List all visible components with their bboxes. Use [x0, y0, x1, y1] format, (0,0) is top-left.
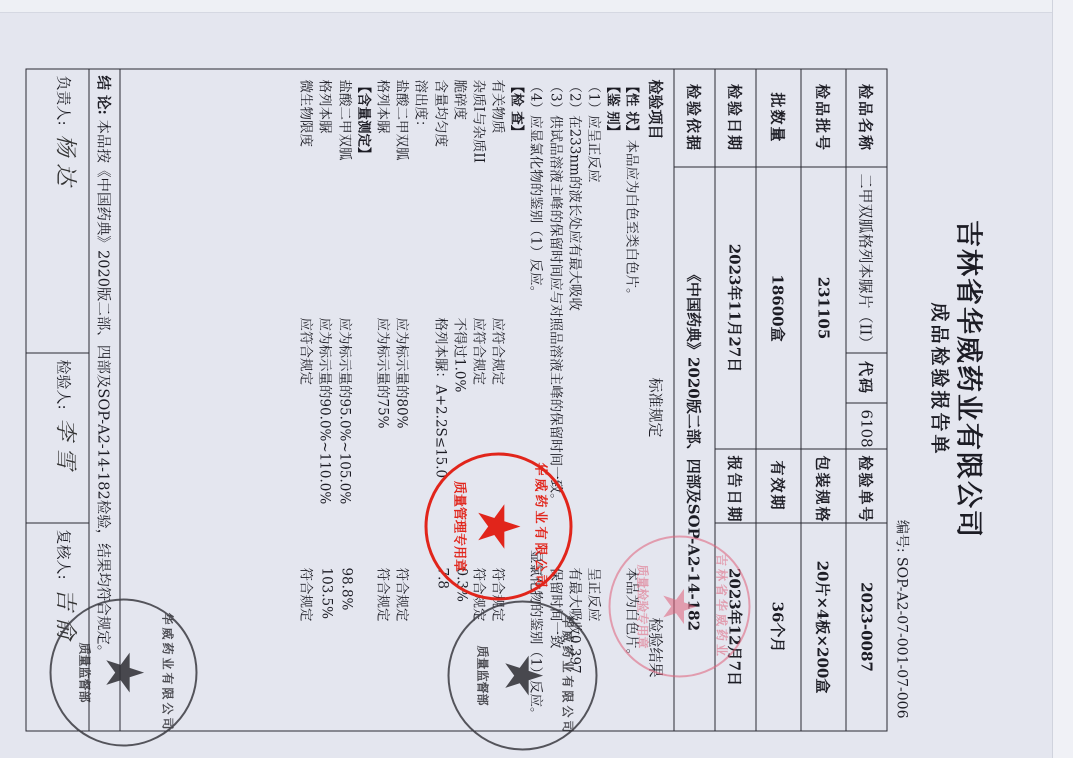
package-label: 包装规格 [801, 449, 846, 523]
result-row: 含量均匀度格列本脲：A+2.2S≤15.07.8 [432, 80, 451, 721]
row-batch: 检品批号 231105 包装规格 20片×4板×200盒 [801, 69, 846, 731]
row-quantity: 批数量 18600盒 有效期 36个月 [756, 69, 801, 731]
inspector-label: 检验人: [55, 360, 73, 410]
result-item: 有关物质 [490, 80, 510, 318]
doc-no-value: SOP-A2-07-001-07-006 [894, 557, 910, 718]
basis-value: 《中国药典》2020版二部、四部及SOP-A2-14-182 [674, 167, 715, 731]
conclusion-text: 本品按《中国药典》2020版二部、四部及SOP-A2-14-182检验，结果均符… [95, 120, 111, 660]
quantity-value: 18600盒 [756, 167, 801, 449]
result-standard: 本品应为白色至类白色片。 [624, 140, 644, 568]
reviewer-cell: 复核人: 吉 俞 [26, 523, 89, 731]
result-item: 盐酸二甲双胍 [336, 80, 356, 318]
result-value: 呈正反应 [586, 568, 606, 721]
row-product: 检品名称 二甲双胍格列本脲片（II） 代码 6108 检验单号 2023-008… [846, 69, 887, 731]
result-row: 【含量测定】 [356, 80, 375, 721]
result-value: 显氯化物的鉴别（1）反应。 [528, 550, 548, 721]
result-row: 盐酸二甲双胍应为标示量的80%符合规定 [394, 80, 413, 721]
conclusion-label: 结 论: [95, 76, 112, 115]
product-name: 二甲双胍格列本脲片（II） [846, 167, 887, 353]
result-row: （1）应呈正反应呈正反应 [586, 80, 605, 721]
code-label: 代码 [846, 353, 887, 403]
result-standard: 应为标示量的95.0%~105.0% [336, 318, 356, 568]
result-item: 盐酸二甲双胍 [394, 80, 414, 318]
row-dates: 检验日期 2023年11月27日 报告日期 2023年12月7日 [715, 69, 756, 731]
result-item: 微生物限度 [298, 80, 318, 318]
result-item: 溶出度： [413, 80, 433, 318]
result-value: 符合规定 [470, 568, 490, 721]
result-item: （1）应呈正反应 [586, 80, 606, 568]
product-name-label: 检品名称 [846, 69, 887, 167]
result-standard: 应为标示量的80% [394, 318, 414, 568]
result-value: 103.5% [319, 568, 335, 721]
result-value: 保留时间一致 [547, 568, 567, 721]
result-row: 微生物限度应符合规定符合规定 [298, 80, 317, 721]
basis-label: 检验依据 [674, 69, 715, 167]
test-no-label: 检验单号 [846, 449, 887, 523]
row-conclusion: 结 论: 本品按《中国药典》2020版二部、四部及SOP-A2-14-182检验… [89, 69, 120, 731]
validity-label: 有效期 [756, 449, 801, 523]
result-value: 符合规定 [490, 568, 510, 721]
result-item: 格列本脲 [374, 80, 394, 318]
quantity-label: 批数量 [756, 69, 801, 167]
result-value: 符合规定 [394, 568, 414, 721]
result-standard: 格列本脲：A+2.2S≤15.0 [432, 318, 452, 568]
result-row: （3）供试品溶液主峰的保留时间应与对照品溶液主峰的保留时间一致。保留时间一致 [548, 80, 567, 721]
row-results: 检验项目 标准规定 检验结果 【性 状】本品应为白色至类白色片。本品为白色片。【… [120, 69, 674, 731]
col-item: 检验项目 [646, 80, 667, 318]
result-row: 溶出度： [413, 80, 432, 721]
validity-value: 36个月 [756, 523, 801, 731]
result-item: （4）应显氯化物的鉴别（1）反应。 [528, 80, 548, 550]
col-standard: 标准规定 [646, 318, 667, 568]
results-header: 检验项目 标准规定 检验结果 [644, 80, 670, 721]
result-row: 【性 状】本品应为白色至类白色片。本品为白色片。 [624, 80, 643, 721]
result-item: 格列本脲 [317, 80, 337, 318]
conclusion-cell: 结 论: 本品按《中国药典》2020版二部、四部及SOP-A2-14-182检验… [89, 69, 120, 731]
batch-label: 检品批号 [801, 69, 846, 167]
result-value: 符合规定 [298, 568, 318, 721]
test-no-value: 2023-0087 [846, 523, 887, 731]
test-date-label: 检验日期 [715, 69, 756, 167]
result-standard: 应符合规定 [490, 318, 510, 568]
reviewer-label: 复核人: [55, 530, 73, 580]
result-row: 【检 查】 [509, 80, 528, 721]
result-row: 格列本脲应为标示量的90.0%~110.0%103.5% [317, 80, 336, 721]
company-name: 吉林省华威药业有限公司 [952, 1, 991, 758]
batch-value: 231105 [801, 167, 846, 449]
result-value: 98.8% [338, 568, 354, 721]
result-row: 格列本脲应为标示量的75%符合规定 [375, 80, 394, 721]
result-value: 0.3% [453, 568, 469, 721]
doc-no-label: 编号: [894, 520, 910, 553]
document-number: 编号: SOP-A2-07-001-07-006 [893, 520, 913, 719]
responsible-signature: 杨 达 [53, 134, 78, 185]
result-item: 含量均匀度 [432, 80, 452, 318]
result-standard: 应为标示量的90.0%~110.0% [317, 318, 337, 568]
code-value: 6108 [846, 403, 887, 449]
responsible-cell: 负责人: 杨 达 [26, 69, 89, 353]
results-list: 【性 状】本品应为白色至类白色片。本品为白色片。【鉴 别】（1）应呈正反应呈正反… [298, 80, 643, 721]
report-title: 成品检验报告单 [928, 1, 955, 758]
result-item: （2）在233nm的波长处应有最大吸收 [566, 80, 586, 568]
result-row: 脆碎度不得过1.0%0.3% [452, 80, 471, 721]
result-row: 有关物质应符合规定符合规定 [490, 80, 509, 721]
result-row: 杂质I与杂质II应符合规定符合规定 [471, 80, 490, 721]
row-signatures: 负责人: 杨 达 检验人: 李 雪 复核人: 吉 俞 [26, 69, 89, 731]
reviewer-signature: 吉 俞 [53, 588, 78, 639]
result-standard: 应符合规定 [298, 318, 318, 568]
result-item: 【含量测定】 [355, 80, 375, 318]
result-value: 符合规定 [374, 568, 394, 721]
inspector-signature: 李 雪 [53, 418, 78, 469]
result-row: 盐酸二甲双胍应为标示量的95.0%~105.0%98.8% [337, 80, 356, 721]
result-standard: 不得过1.0% [451, 318, 471, 568]
result-item: 【性 状】 [624, 80, 644, 140]
report-date-label: 报告日期 [715, 449, 756, 523]
result-value: 7.8 [434, 568, 450, 721]
result-value: 本品为白色片。 [624, 568, 644, 721]
inspector-cell: 检验人: 李 雪 [26, 353, 89, 523]
result-item: （3）供试品溶液主峰的保留时间应与对照品溶液主峰的保留时间一致。 [547, 80, 567, 568]
results-cell: 检验项目 标准规定 检验结果 【性 状】本品应为白色至类白色片。本品为白色片。【… [120, 69, 674, 731]
result-item: 杂质I与杂质II [470, 80, 490, 318]
result-value: 有最大吸收0.397 [566, 568, 586, 721]
result-standard: 应符合规定 [470, 318, 490, 568]
result-row: 【鉴 别】 [605, 80, 624, 721]
result-item: 【检 查】 [509, 80, 529, 318]
col-result: 检验结果 [646, 568, 667, 721]
report-page: 吉林省华威药业有限公司 成品检验报告单 编号: SOP-A2-07-001-07… [0, 1, 1073, 758]
package-value: 20片×4板×200盒 [801, 523, 846, 731]
test-date-value: 2023年11月27日 [715, 167, 756, 449]
result-standard: 应为标示量的75% [374, 318, 394, 568]
result-item: 脆碎度 [451, 80, 471, 318]
report-table: 检品名称 二甲双胍格列本脲片（II） 代码 6108 检验单号 2023-008… [26, 69, 888, 732]
result-row: （4）应显氯化物的鉴别（1）反应。显氯化物的鉴别（1）反应。 [528, 80, 547, 721]
result-row: （2）在233nm的波长处应有最大吸收有最大吸收0.397 [567, 80, 586, 721]
report-date-value: 2023年12月7日 [715, 523, 756, 731]
row-basis: 检验依据 《中国药典》2020版二部、四部及SOP-A2-14-182 [674, 69, 715, 731]
responsible-label: 负责人: [55, 76, 73, 126]
result-item: 【鉴 别】 [605, 80, 625, 318]
